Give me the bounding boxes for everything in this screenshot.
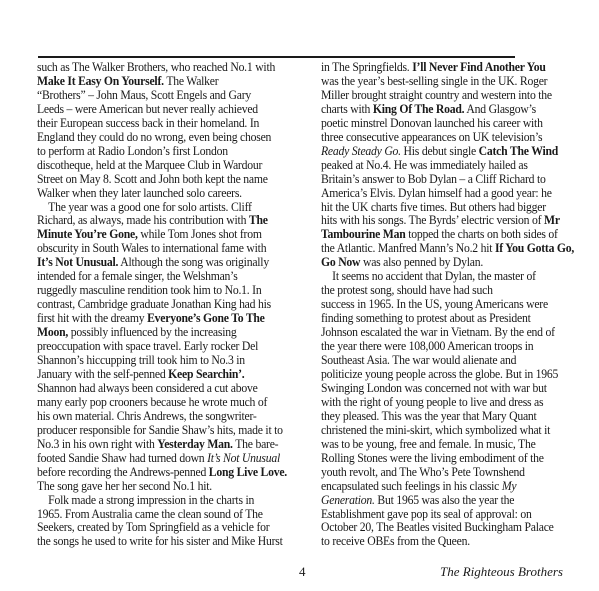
text-line: No.3 in his own right with Yesterday Man…: [37, 438, 299, 452]
text-line: success in 1965. In the US, young Americ…: [321, 298, 583, 312]
text-run: It seems no accident that Dylan, the mas…: [332, 269, 536, 283]
text-run: intended for a female singer, the Welshm…: [37, 269, 238, 283]
text-run: Street on May 8. Scott and John both kep…: [37, 172, 268, 186]
text-line: Richard, as always, made his contributio…: [37, 214, 299, 228]
text-run: The year was a good one for solo artists…: [48, 200, 252, 214]
text-run: 1965. From Australia came the clean soun…: [37, 507, 263, 521]
text-line: to perform at Radio London’s first Londo…: [37, 145, 299, 159]
text-line: the songs he used to write for his siste…: [37, 535, 299, 549]
text-run: The Walker: [164, 74, 219, 88]
text-line: Miller brought straight country and west…: [321, 89, 583, 103]
song-title: Long Live Love.: [209, 465, 287, 479]
text-run: with the right of young people to live a…: [321, 395, 543, 409]
text-line: Minute You’re Gone, while Tom Jones shot…: [37, 228, 299, 242]
text-line: England they could do no wrong, even bei…: [37, 131, 299, 145]
text-run: Walker when they later launched solo car…: [37, 186, 242, 200]
text-line: Leeds – were American but never really a…: [37, 103, 299, 117]
song-title: Keep Searchin’.: [168, 367, 244, 381]
italic-title: My: [502, 479, 517, 493]
text-line: such as The Walker Brothers, who reached…: [37, 61, 299, 75]
text-run: finding something to protest about as Pr…: [321, 311, 531, 325]
text-line: hit the UK charts five times. But others…: [321, 201, 583, 215]
text-line: Folk made a strong impression in the cha…: [37, 494, 299, 508]
text-run: America’s Elvis. Dylan himself had a goo…: [321, 186, 552, 200]
text-line: the Atlantic. Manfred Mann’s No.2 hit If…: [321, 242, 583, 256]
text-line: Britain’s answer to Bob Dylan – a Cliff …: [321, 173, 583, 187]
text-line: with the right of young people to live a…: [321, 396, 583, 410]
text-run: possibly influenced by the increasing: [68, 325, 236, 339]
text-line: peaked at No.4. He was immediately haile…: [321, 159, 583, 173]
page-number: 4: [299, 564, 306, 580]
song-title: Go Now: [321, 255, 360, 269]
text-line: Johnson escalated the war in Vietnam. By…: [321, 326, 583, 340]
text-run: ruggedly masculine rendition took him to…: [37, 283, 261, 297]
text-line: they pleased. This was the year that Mar…: [321, 410, 583, 424]
song-title: It’s Not Unusual.: [37, 255, 118, 269]
text-run: christened the mini-skirt, which symboli…: [321, 423, 550, 437]
text-run: discotheque, held at the Marquee Club in…: [37, 158, 262, 172]
text-line: It’s Not Unusual. Although the song was …: [37, 256, 299, 270]
song-title: Moon,: [37, 325, 68, 339]
text-line: Make It Easy On Yourself. The Walker: [37, 75, 299, 89]
text-run: was to be young, free and female. In mus…: [321, 437, 536, 451]
running-title: The Righteous Brothers: [440, 564, 563, 580]
text-run: the protest song, should have had such: [321, 283, 493, 297]
text-run: their European success back in their hom…: [37, 116, 259, 130]
text-line: producer responsible for Sandie Shaw’s h…: [37, 424, 299, 438]
text-line: hits with his songs. The Byrds’ electric…: [321, 214, 583, 228]
text-line: poetic minstrel Donovan launched his car…: [321, 117, 583, 131]
text-line: was the year’s best-selling single in th…: [321, 75, 583, 89]
text-run: But 1965 was also the year the: [375, 493, 515, 507]
text-line: youth revolt, and The Who’s Pete Townshe…: [321, 466, 583, 480]
text-line: Establishment gave pop its seal of appro…: [321, 508, 583, 522]
italic-title: Ready Steady Go.: [321, 144, 401, 158]
text-line: “Brothers” – John Maus, Scott Engels and…: [37, 89, 299, 103]
text-line: October 20, The Beatles visited Buckingh…: [321, 521, 583, 535]
song-title: Minute You’re Gone,: [37, 227, 138, 241]
text-line: Southeast Asia. The war would alienate a…: [321, 354, 583, 368]
text-line: Walker when they later launched solo car…: [37, 187, 299, 201]
text-run: encapsulated such feelings in his classi…: [321, 479, 502, 493]
text-run: Swinging London was concerned not with w…: [321, 381, 547, 395]
text-line: Tambourine Man topped the charts on both…: [321, 228, 583, 242]
text-line: his own material. Chris Andrews, the son…: [37, 410, 299, 424]
text-run: obscurity in South Wales to internationa…: [37, 241, 266, 255]
italic-title: Generation.: [321, 493, 375, 507]
text-run: Shannon’s hiccupping trill took him to N…: [37, 353, 245, 367]
text-run: producer responsible for Sandie Shaw’s h…: [37, 423, 283, 437]
text-run: No.3 in his own right with: [37, 437, 157, 451]
text-line: Shannon had always been considered a cut…: [37, 382, 299, 396]
text-line: obscurity in South Wales to internationa…: [37, 242, 299, 256]
song-title: Catch The Wind: [479, 144, 558, 158]
text-run: And Glasgow’s: [464, 102, 536, 116]
song-title: I’ll Never Find Another You: [412, 60, 545, 74]
text-run: while Tom Jones shot from: [138, 227, 262, 241]
text-line: It seems no accident that Dylan, the mas…: [321, 270, 583, 284]
text-line: ruggedly masculine rendition took him to…: [37, 284, 299, 298]
text-run: was also penned by Dylan.: [360, 255, 483, 269]
text-run: many early pop crooners because he wrote…: [37, 395, 267, 409]
text-run: in The Springfields.: [321, 60, 412, 74]
song-title: Everyone’s Gone To The: [147, 311, 265, 325]
right-text-column: in The Springfields. I’ll Never Find Ano…: [321, 61, 583, 549]
text-run: Shannon had always been considered a cut…: [37, 381, 258, 395]
song-title: Mr: [544, 213, 560, 227]
text-run: hits with his songs. The Byrds’ electric…: [321, 213, 544, 227]
text-run: first hit with the dreamy: [37, 311, 147, 325]
text-run: his own material. Chris Andrews, the son…: [37, 409, 257, 423]
text-line: finding something to protest about as Pr…: [321, 312, 583, 326]
text-run: before recording the Andrews-penned: [37, 465, 209, 479]
text-run: Folk made a strong impression in the cha…: [48, 493, 254, 507]
song-title: The: [249, 213, 268, 227]
text-run: topped the charts on both sides of: [405, 227, 557, 241]
text-line: preoccupation with space travel. Early r…: [37, 340, 299, 354]
text-line: America’s Elvis. Dylan himself had a goo…: [321, 187, 583, 201]
text-line: Go Now was also penned by Dylan.: [321, 256, 583, 270]
text-line: politicize young people across the globe…: [321, 368, 583, 382]
text-run: the songs he used to write for his siste…: [37, 534, 283, 548]
text-line: intended for a female singer, the Welshm…: [37, 270, 299, 284]
text-run: England they could do no wrong, even bei…: [37, 130, 271, 144]
text-line: to receive OBEs from the Queen.: [321, 535, 583, 549]
text-run: Miller brought straight country and west…: [321, 88, 552, 102]
text-line: Ready Steady Go. His debut single Catch …: [321, 145, 583, 159]
song-title: If You Gotta Go,: [495, 241, 574, 255]
song-title: Make It Easy On Yourself.: [37, 74, 164, 88]
text-run: peaked at No.4. He was immediately haile…: [321, 158, 528, 172]
text-run: charts with: [321, 102, 373, 116]
text-run: Although the song was originally: [118, 255, 269, 269]
text-run: preoccupation with space travel. Early r…: [37, 339, 258, 353]
text-line: The year was a good one for solo artists…: [37, 201, 299, 215]
text-line: Street on May 8. Scott and John both kep…: [37, 173, 299, 187]
text-run: Johnson escalated the war in Vietnam. By…: [321, 325, 555, 339]
text-run: the year there were 108,000 American tro…: [321, 339, 533, 353]
text-line: charts with King Of The Road. And Glasgo…: [321, 103, 583, 117]
text-run: they pleased. This was the year that Mar…: [321, 409, 537, 423]
text-line: footed Sandie Shaw had turned down It’s …: [37, 452, 299, 466]
text-line: Shannon’s hiccupping trill took him to N…: [37, 354, 299, 368]
text-run: Seekers, created by Tom Springfield as a…: [37, 520, 269, 534]
text-run: success in 1965. In the US, young Americ…: [321, 297, 548, 311]
text-line: encapsulated such feelings in his classi…: [321, 480, 583, 494]
text-line: in The Springfields. I’ll Never Find Ano…: [321, 61, 583, 75]
text-line: Moon, possibly influenced by the increas…: [37, 326, 299, 340]
text-run: Establishment gave pop its seal of appro…: [321, 507, 532, 521]
header-rule: [38, 56, 515, 58]
text-run: The bare-: [233, 437, 279, 451]
text-run: October 20, The Beatles visited Buckingh…: [321, 520, 554, 534]
text-line: the protest song, should have had such: [321, 284, 583, 298]
text-run: January with the self-penned: [37, 367, 168, 381]
text-run: politicize young people across the globe…: [321, 367, 558, 381]
text-run: Britain’s answer to Bob Dylan – a Cliff …: [321, 172, 546, 186]
text-line: Generation. But 1965 was also the year t…: [321, 494, 583, 508]
text-line: The song gave her her second No.1 hit.: [37, 480, 299, 494]
song-title: Yesterday Man.: [157, 437, 232, 451]
text-line: 1965. From Australia came the clean soun…: [37, 508, 299, 522]
text-run: The song gave her her second No.1 hit.: [37, 479, 212, 493]
text-line: their European success back in their hom…: [37, 117, 299, 131]
text-line: the year there were 108,000 American tro…: [321, 340, 583, 354]
text-line: three consecutive appearances on UK tele…: [321, 131, 583, 145]
text-run: three consecutive appearances on UK tele…: [321, 130, 542, 144]
text-run: poetic minstrel Donovan launched his car…: [321, 116, 543, 130]
text-run: to perform at Radio London’s first Londo…: [37, 144, 228, 158]
text-run: to receive OBEs from the Queen.: [321, 534, 470, 548]
text-run: such as The Walker Brothers, who reached…: [37, 60, 275, 74]
text-run: hit the UK charts five times. But others…: [321, 200, 546, 214]
text-line: many early pop crooners because he wrote…: [37, 396, 299, 410]
text-line: before recording the Andrews-penned Long…: [37, 466, 299, 480]
text-line: January with the self-penned Keep Search…: [37, 368, 299, 382]
text-run: was the year’s best-selling single in th…: [321, 74, 547, 88]
text-run: contrast, Cambridge graduate Jonathan Ki…: [37, 297, 271, 311]
text-run: “Brothers” – John Maus, Scott Engels and…: [37, 88, 251, 102]
text-run: Rolling Stones were the living embodimen…: [321, 451, 544, 465]
text-line: Rolling Stones were the living embodimen…: [321, 452, 583, 466]
text-run: the Atlantic. Manfred Mann’s No.2 hit: [321, 241, 495, 255]
text-run: Leeds – were American but never really a…: [37, 102, 258, 116]
song-title: Tambourine Man: [321, 227, 405, 241]
text-run: Southeast Asia. The war would alienate a…: [321, 353, 516, 367]
song-title: King Of The Road.: [373, 102, 465, 116]
text-run: footed Sandie Shaw had turned down: [37, 451, 207, 465]
text-run: His debut single: [401, 144, 479, 158]
text-run: Richard, as always, made his contributio…: [37, 213, 249, 227]
left-text-column: such as The Walker Brothers, who reached…: [37, 61, 299, 549]
text-line: discotheque, held at the Marquee Club in…: [37, 159, 299, 173]
text-line: contrast, Cambridge graduate Jonathan Ki…: [37, 298, 299, 312]
italic-title: It’s Not Unusual: [207, 451, 280, 465]
text-line: was to be young, free and female. In mus…: [321, 438, 583, 452]
text-run: youth revolt, and The Who’s Pete Townshe…: [321, 465, 525, 479]
text-line: Swinging London was concerned not with w…: [321, 382, 583, 396]
text-line: first hit with the dreamy Everyone’s Gon…: [37, 312, 299, 326]
text-line: Seekers, created by Tom Springfield as a…: [37, 521, 299, 535]
text-line: christened the mini-skirt, which symboli…: [321, 424, 583, 438]
